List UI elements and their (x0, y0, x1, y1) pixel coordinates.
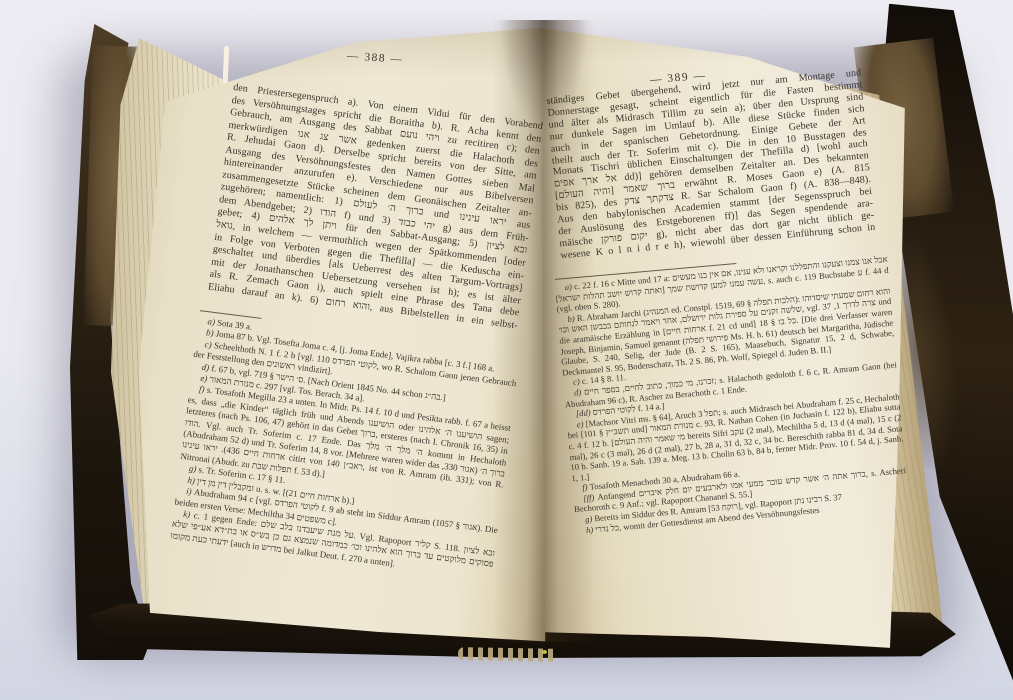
right-page-footnotes: a) c. 22 f. 16 c Mitte und 17 a: אבל אנו… (554, 250, 909, 536)
left-page-body-text: den Priestersegenspruch a). Von einem Vi… (207, 82, 543, 333)
footnote-label: [dd) (575, 407, 593, 418)
footnote-label: [ff) (583, 492, 598, 503)
footnote-label: e) (200, 373, 210, 384)
footnote-label: c) (573, 376, 583, 387)
footnote-label: f) (198, 384, 207, 395)
footnote-label: e) (576, 419, 586, 430)
footnote-label: d) (201, 361, 212, 372)
footnote-label: i) (186, 486, 195, 497)
footnote-label: a) (564, 281, 574, 292)
footnote-label: h) (586, 524, 596, 535)
footnote-label: c) (204, 339, 215, 350)
left-page-footnotes: a) Sota 39 a.b) Joma 87 b. Vgl. Tosefta … (170, 310, 521, 582)
footnote-label: g) (585, 513, 595, 524)
footnote-label: f) (582, 482, 590, 493)
footnote-label: h) (187, 475, 198, 486)
footnote-label: k) (183, 509, 195, 520)
footnote-label: g) (188, 463, 199, 474)
book-photo: — 388 — — 389 — den Priestersegenspruch … (0, 0, 1013, 700)
binding-speck (542, 650, 547, 654)
footnote-label: b) (206, 328, 217, 339)
footnote-label: a) (207, 316, 218, 327)
right-footnote-list: a) c. 22 f. 16 c Mitte und 17 a: אבל אנו… (554, 254, 909, 536)
right-page-body-text: ständiges Gebet übergehend, wird jetzt n… (546, 67, 876, 262)
footnote-label: b) (567, 313, 577, 324)
footnote-label: d) (574, 387, 585, 398)
left-footnote-list: a) Sota 39 a.b) Joma 87 b. Vgl. Tosefta … (170, 315, 520, 582)
